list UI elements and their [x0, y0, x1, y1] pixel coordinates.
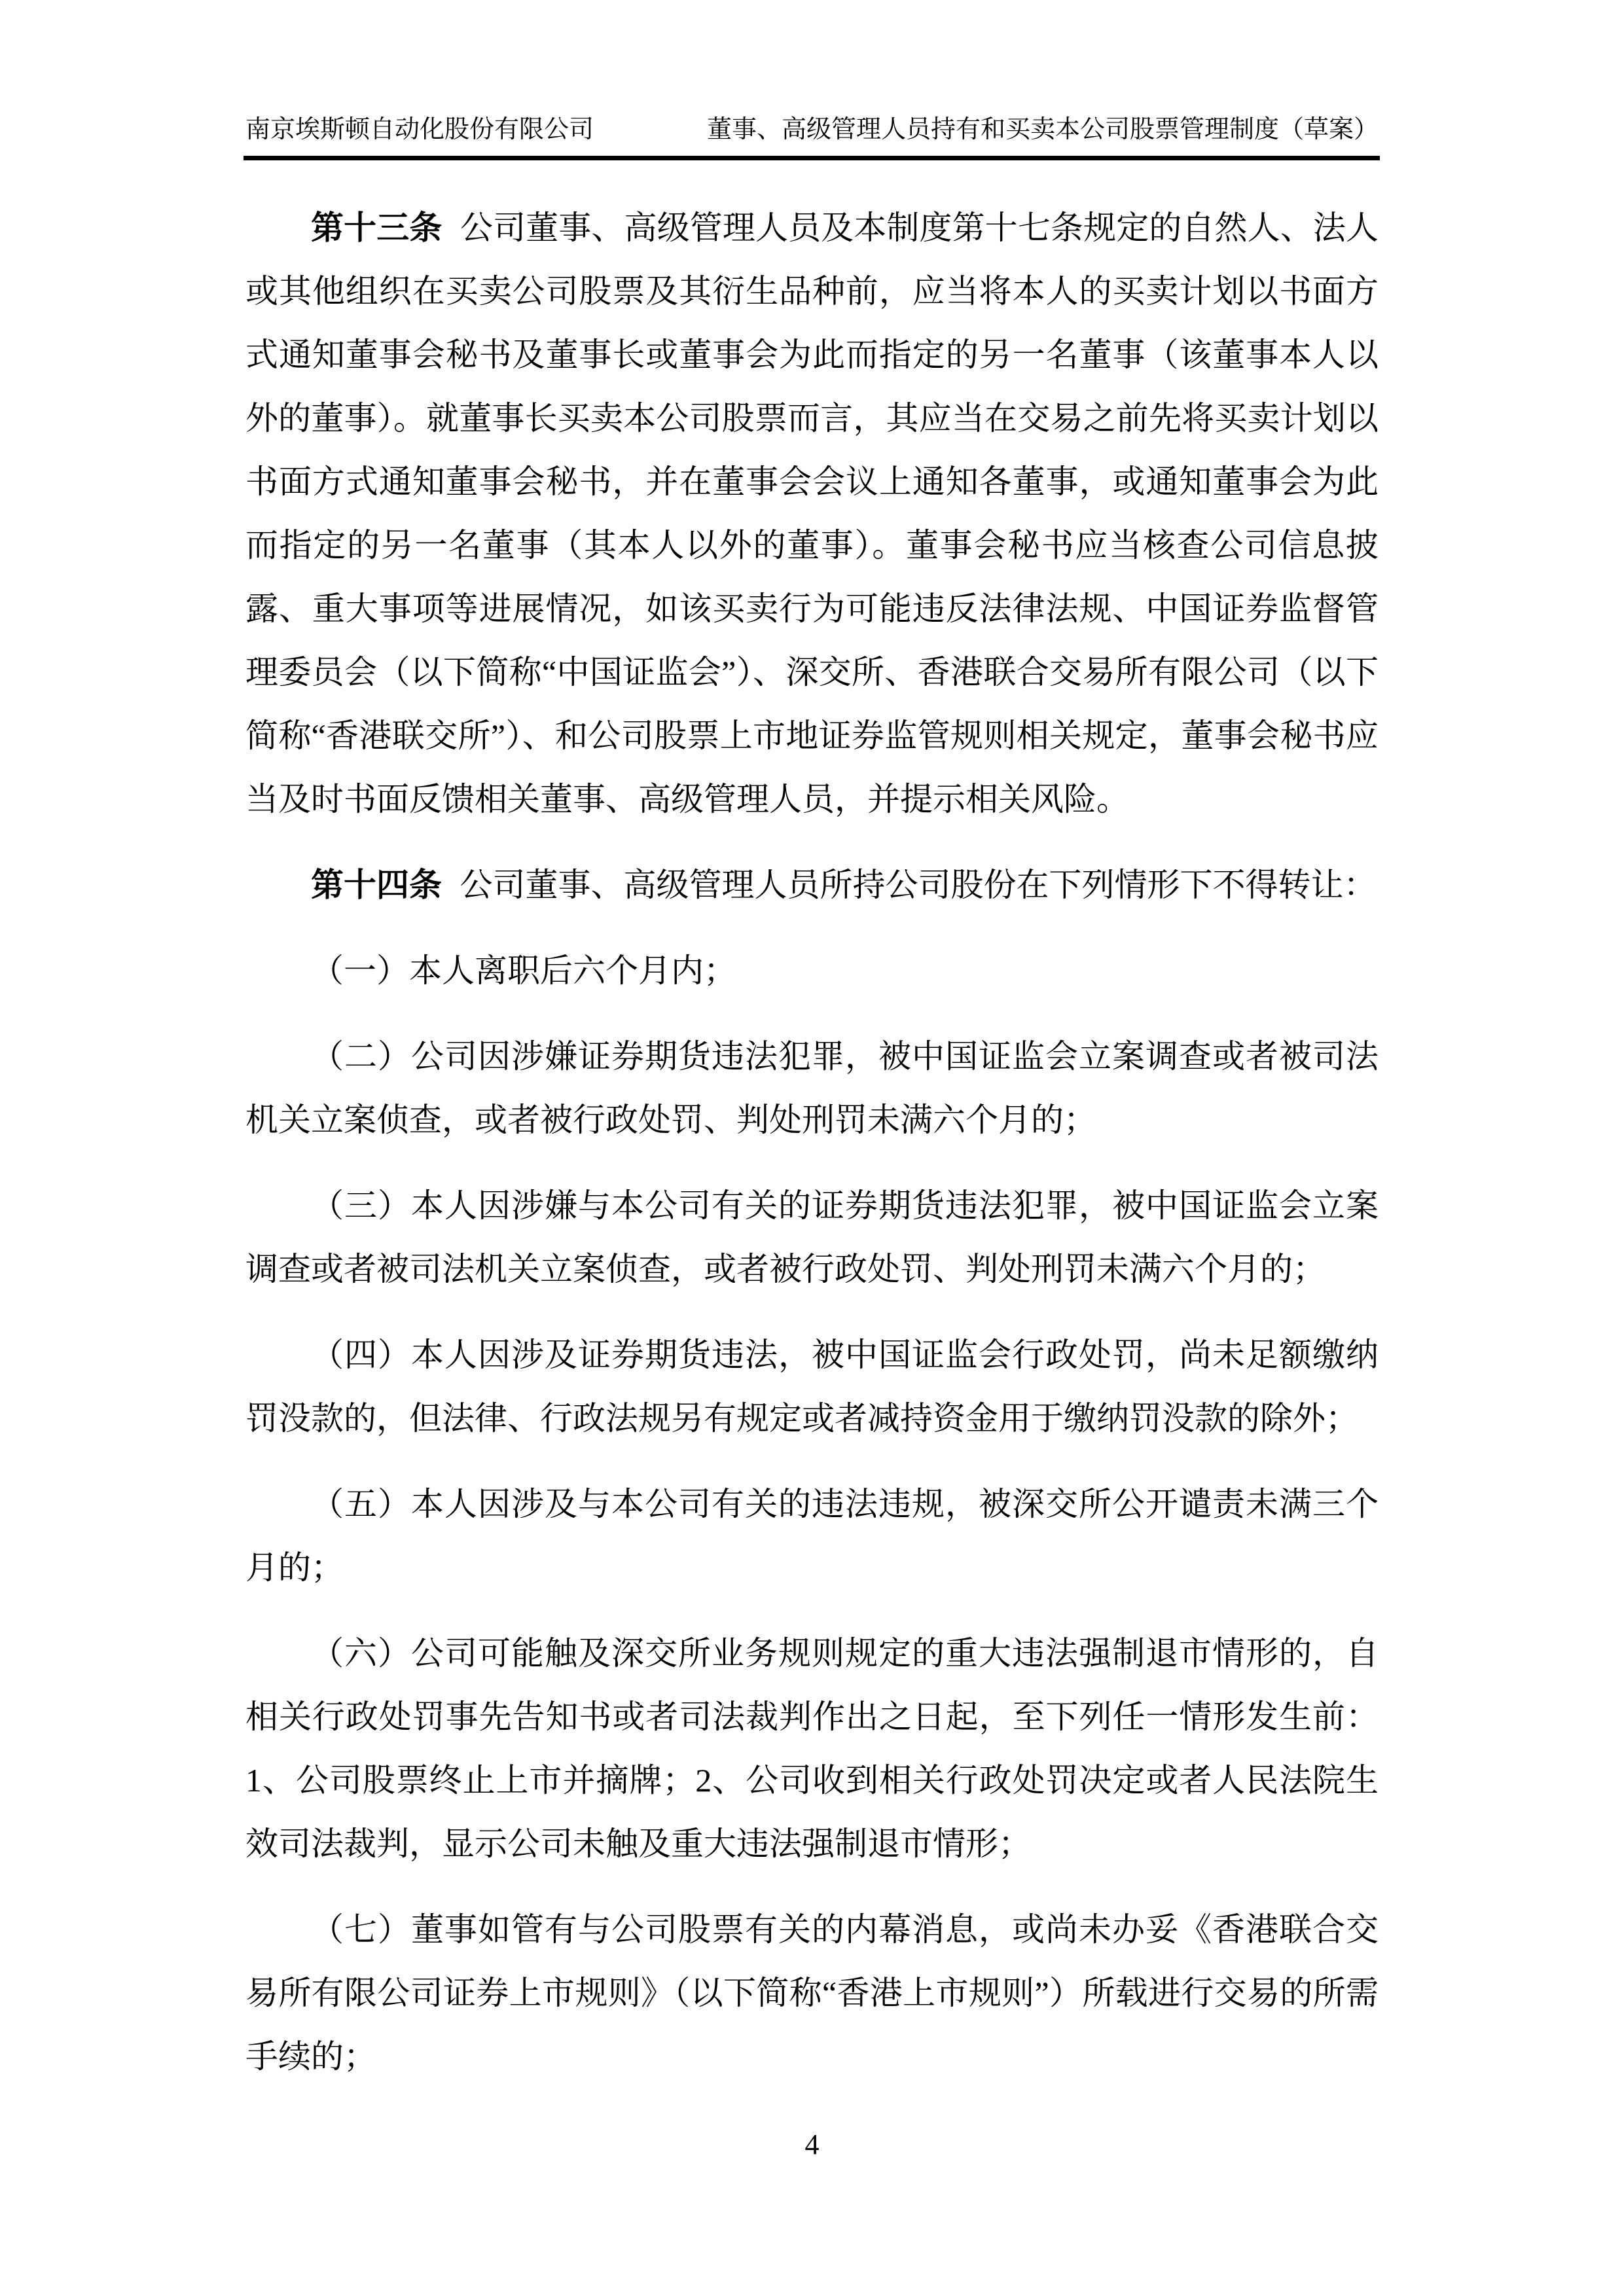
article-14-text: 公司董事、高级管理人员所持公司股份在下列情形下不得转让：	[460, 867, 1377, 903]
article-13-text: 公司董事、高级管理人员及本制度第十七条规定的自然人、法人或其他组织在买卖公司股票…	[245, 209, 1379, 817]
header-rule	[244, 156, 1380, 160]
list-item-1: （一）本人离职后六个月内；	[245, 939, 1379, 1003]
article-14-paragraph: 第十四条公司董事、高级管理人员所持公司股份在下列情形下不得转让：	[245, 853, 1379, 917]
list-item-6: （六）公司可能触及深交所业务规则规定的重大违法强制退市情形的，自相关行政处罚事先…	[245, 1622, 1379, 1876]
list-item-5: （五）本人因涉及与本公司有关的违法违规，被深交所公开谴责未满三个月的；	[245, 1473, 1379, 1600]
list-item-7: （七）董事如管有与公司股票有关的内幕消息，或尚未办妥《香港联合交易所有限公司证券…	[245, 1898, 1379, 2089]
article-14-label: 第十四条	[311, 867, 442, 903]
page-footer: 4	[0, 2125, 1624, 2164]
header-document-title: 董事、高级管理人员持有和买卖本公司股票管理制度（草案）	[707, 115, 1379, 144]
list-item-2: （二）公司因涉嫌证券期货违法犯罪，被中国证监会立案调查或者被司法机关立案侦查，或…	[245, 1025, 1379, 1152]
page-number: 4	[805, 2128, 820, 2161]
list-item-3: （三）本人因涉嫌与本公司有关的证券期货违法犯罪，被中国证监会立案调查或者被司法机…	[245, 1174, 1379, 1301]
article-13-label: 第十三条	[311, 209, 442, 246]
list-item-4: （四）本人因涉及证券期货违法，被中国证监会行政处罚，尚未足额缴纳罚没款的，但法律…	[245, 1323, 1379, 1450]
document-body: 第十三条公司董事、高级管理人员及本制度第十七条规定的自然人、法人或其他组织在买卖…	[245, 196, 1379, 2089]
header-company-name: 南京埃斯顿自动化股份有限公司	[245, 115, 594, 144]
page-header: 南京埃斯顿自动化股份有限公司 董事、高级管理人员持有和买卖本公司股票管理制度（草…	[245, 115, 1379, 144]
document-page: 南京埃斯顿自动化股份有限公司 董事、高级管理人员持有和买卖本公司股票管理制度（草…	[0, 0, 1624, 2296]
article-13-paragraph: 第十三条公司董事、高级管理人员及本制度第十七条规定的自然人、法人或其他组织在买卖…	[245, 196, 1379, 831]
